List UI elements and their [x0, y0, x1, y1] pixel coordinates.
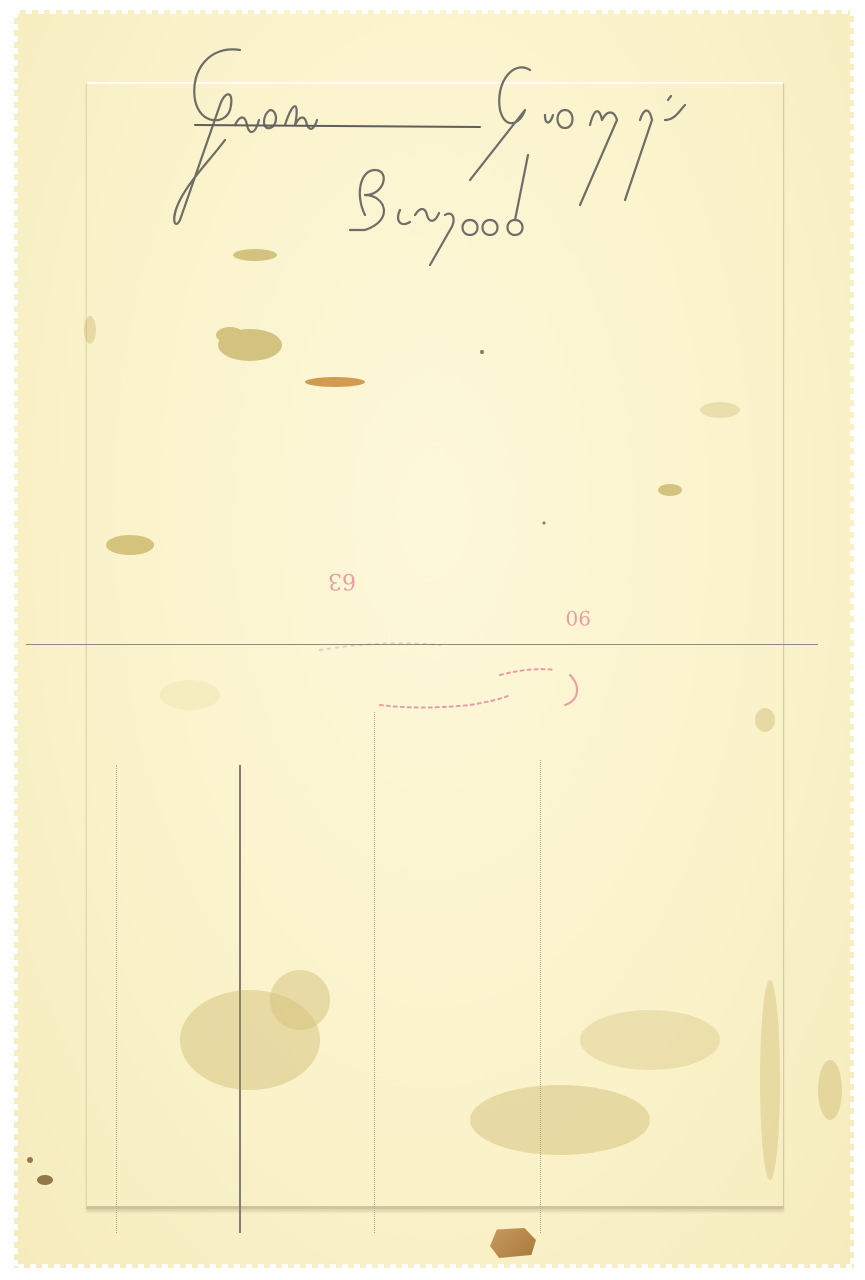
- dotted-rule: [374, 712, 375, 1233]
- solid-rule: [239, 765, 241, 1233]
- dotted-rule: [540, 760, 541, 1233]
- stamp-fragment: 63: [328, 568, 356, 593]
- faded-postal-stamp: 63 90: [290, 560, 620, 730]
- pencil-handwriting: [170, 30, 770, 280]
- dotted-rule: [116, 765, 117, 1233]
- stamp-fragment: 90: [566, 606, 591, 630]
